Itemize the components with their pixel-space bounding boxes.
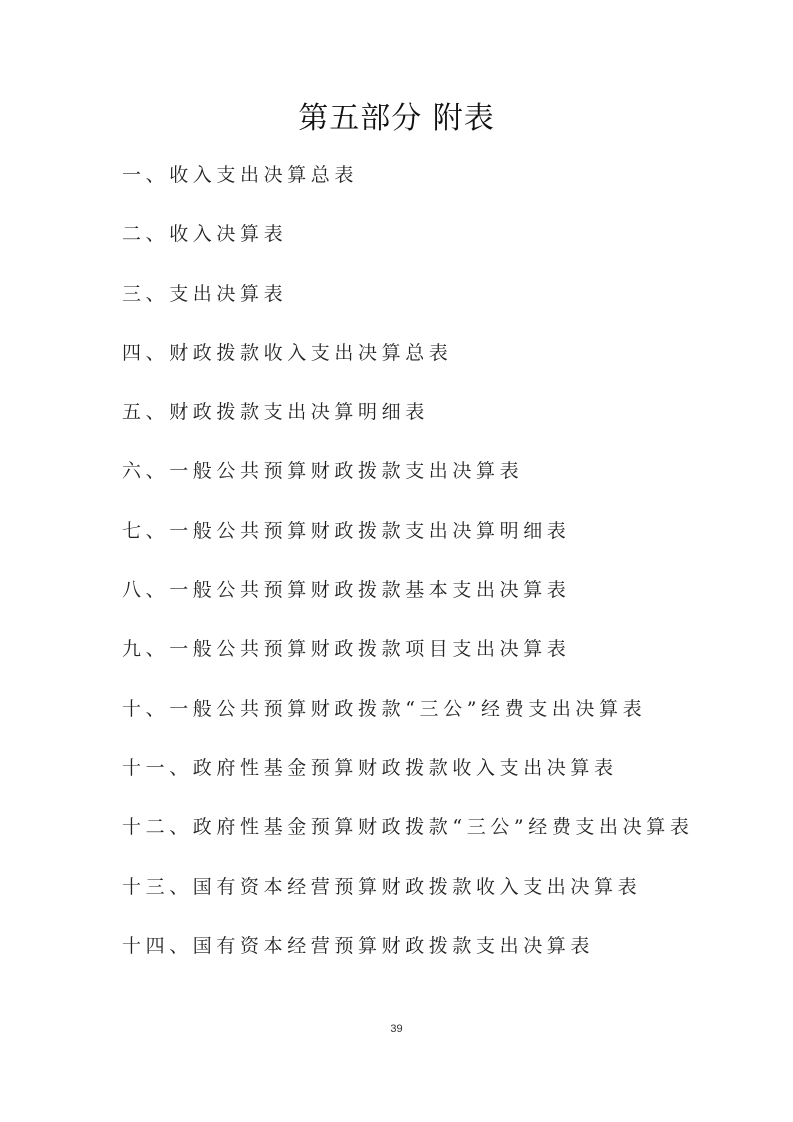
page-number: 39 <box>0 1023 793 1035</box>
list-item-9: 九、一般公共预算财政拨款项目支出决算表 <box>122 634 693 693</box>
list-item-5: 五、财政拨款支出决算明细表 <box>122 397 693 456</box>
list-item-13: 十三、国有资本经营预算财政拨款收入支出决算表 <box>122 872 693 931</box>
page-title: 第五部分 附表 <box>0 98 793 140</box>
list-item-12: 十二、政府性基金预算财政拨款“三公”经费支出决算表 <box>122 812 693 871</box>
list-item-14: 十四、国有资本经营预算财政拨款支出决算表 <box>122 931 693 990</box>
appendix-table-list: 一、收入支出决算总表 二、收入决算表 三、支出决算表 四、财政拨款收入支出决算总… <box>122 160 693 990</box>
list-item-3: 三、支出决算表 <box>122 279 693 338</box>
list-item-6: 六、一般公共预算财政拨款支出决算表 <box>122 456 693 515</box>
list-item-4: 四、财政拨款收入支出决算总表 <box>122 338 693 397</box>
list-item-2: 二、收入决算表 <box>122 219 693 278</box>
list-item-8: 八、一般公共预算财政拨款基本支出决算表 <box>122 575 693 634</box>
list-item-7: 七、一般公共预算财政拨款支出决算明细表 <box>122 516 693 575</box>
list-item-10: 十、一般公共预算财政拨款“三公”经费支出决算表 <box>122 694 693 753</box>
list-item-11: 十一、政府性基金预算财政拨款收入支出决算表 <box>122 753 693 812</box>
list-item-1: 一、收入支出决算总表 <box>122 160 693 219</box>
